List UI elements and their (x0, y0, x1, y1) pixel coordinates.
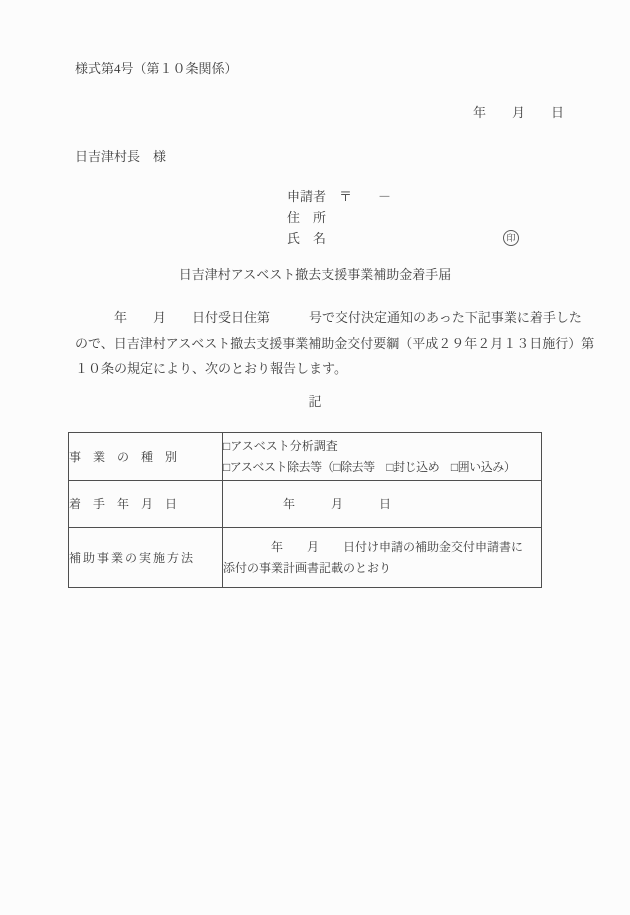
label-start-date-text: 着 手 年 月 日 (69, 497, 177, 511)
label-business-type: 事 業 の 種 別 (69, 433, 223, 481)
implementation-method-line-1: 年 月 日付け申請の補助金交付申請書に (223, 537, 541, 558)
checkbox-line-analysis-survey: □アスベスト分析調査 (223, 436, 541, 457)
form-number: 様式第4号（第１０条関係） (75, 62, 238, 75)
applicant-block: 申請者 〒 － 住 所 氏 名 印 (287, 190, 391, 253)
document-title: 日吉津村アスベスト撤去支援事業補助金着手届 (0, 268, 630, 281)
value-implementation-method: 年 月 日付け申請の補助金交付申請書に 添付の事業計画書記載のとおり (223, 528, 542, 588)
start-date-blank-line: 年 月 日 (223, 494, 541, 515)
body-paragraph-line-1: 年 月 日付受日住第 号で交付決定通知のあった下記事業に着手した (75, 311, 594, 337)
document-page: 様式第4号（第１０条関係） 年 月 日 日吉津村長 様 申請者 〒 － 住 所 … (0, 0, 630, 915)
table-row-start-date: 着 手 年 月 日 年 月 日 (69, 481, 542, 528)
label-start-date: 着 手 年 月 日 (69, 481, 223, 528)
applicant-name-line: 氏 名 (287, 232, 391, 253)
label-implementation-method: 補助事業の実施方法 (69, 528, 223, 588)
value-business-type: □アスベスト分析調査 □アスベスト除去等（□除去等 □封じ込め □囲い込み） (223, 433, 542, 481)
seal-mark: 印 (503, 230, 519, 246)
date-line: 年 月 日 (473, 106, 564, 119)
applicant-postal-line: 申請者 〒 － (287, 190, 391, 211)
checkbox-line-removal-options: □アスベスト除去等（□除去等 □封じ込め □囲い込み） (223, 457, 541, 478)
label-implementation-method-text: 補助事業の実施方法 (69, 551, 195, 565)
addressee: 日吉津村長 様 (75, 150, 166, 163)
applicant-address-line: 住 所 (287, 211, 391, 232)
body-paragraph-line-3: １０条の規定により、次のとおり報告します。 (75, 362, 594, 388)
value-start-date: 年 月 日 (223, 481, 542, 528)
label-business-type-text: 事 業 の 種 別 (69, 450, 177, 464)
table-row-implementation-method: 補助事業の実施方法 年 月 日付け申請の補助金交付申請書に 添付の事業計画書記載… (69, 528, 542, 588)
body-paragraph: 年 月 日付受日住第 号で交付決定通知のあった下記事業に着手した ので、日吉津村… (75, 311, 594, 388)
table-row-business-type: 事 業 の 種 別 □アスベスト分析調査 □アスベスト除去等（□除去等 □封じ込… (69, 433, 542, 481)
details-table: 事 業 の 種 別 □アスベスト分析調査 □アスベスト除去等（□除去等 □封じ込… (68, 432, 542, 588)
implementation-method-line-2: 添付の事業計画書記載のとおり (223, 558, 541, 579)
ki-heading: 記 (0, 395, 630, 408)
body-paragraph-line-2: ので、日吉津村アスベスト撤去支援事業補助金交付要綱（平成２９年２月１３日施行）第 (75, 337, 594, 363)
